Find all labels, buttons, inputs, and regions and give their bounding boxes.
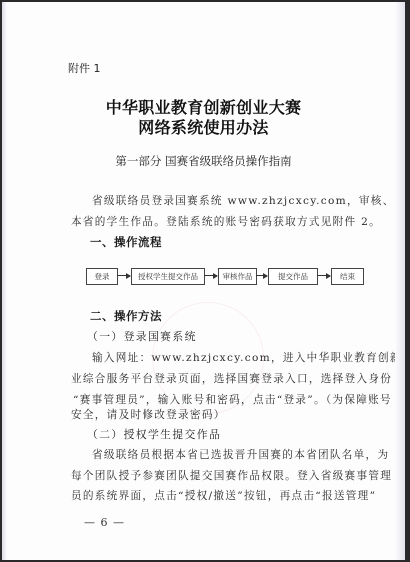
intro-line-2: 本省的学生作品。登陆系统的账号密码获取方式见附件 2。 [71,214,381,229]
flow-step-end: 结束 [331,268,364,285]
document-page: 附件 1 中华职业教育创新创业大赛 网络系统使用办法 第一部分 国赛省级联络员操… [2,2,405,560]
subsection-1-line-2: 业综合服务平台登录页面，选择国赛登录入口，选择登入身份 [71,371,392,386]
page-number: — 6 — [84,516,125,529]
flow-arrow-icon [204,275,217,276]
subsection-1-line-4: 安全，请及时修改登录密码） [71,407,226,422]
flow-step-authorize: 授权学生提交作品 [131,268,205,285]
document-title-line-2: 网络系统使用办法 [2,115,405,138]
flow-step-submit: 提交作品 [268,268,318,285]
flow-step-review: 审核作品 [218,268,257,285]
flow-arrow-icon [317,275,330,276]
flow-step-login: 登录 [86,268,118,285]
section-2-heading: 二、操作方法 [90,308,162,324]
part-heading: 第一部分 国赛省级联络员操作指南 [2,153,405,169]
subsection-2-line-2: 每个团队授予参赛团队提交国赛作品权限。登入省级赛事管理 [71,468,392,483]
flow-arrow-icon [117,275,130,276]
subsection-1-heading: （一）登录国赛系统 [87,329,197,344]
subsection-1-line-1: 输入网址：www.zhzjcxcy.com，进入中华职业教育创新创 [92,350,405,365]
process-flowchart: 登录 授权学生提交作品 审核作品 提交作品 结束 [2,266,405,288]
subsection-2-heading: （二）授权学生提交作品 [87,427,221,442]
flow-arrow-icon [256,275,267,276]
intro-line-1: 省级联络员登录国赛系统 www.zhzjcxcy.com，审核、提交 [92,193,405,208]
subsection-2-line-1: 省级联络员根据本省已选拔晋升国赛的本省团队名单，为 [92,447,389,462]
attachment-label: 附件 1 [68,60,101,76]
subsection-1-line-3: “赛事管理员”，输入账号和密码，点击“登录”。（为保障账号 [73,392,392,407]
subsection-2-line-3: 员的系统界面，点击“授权/撤送”按钮，再点击“报送管理” [71,488,376,503]
section-1-heading: 一、操作流程 [90,234,162,250]
